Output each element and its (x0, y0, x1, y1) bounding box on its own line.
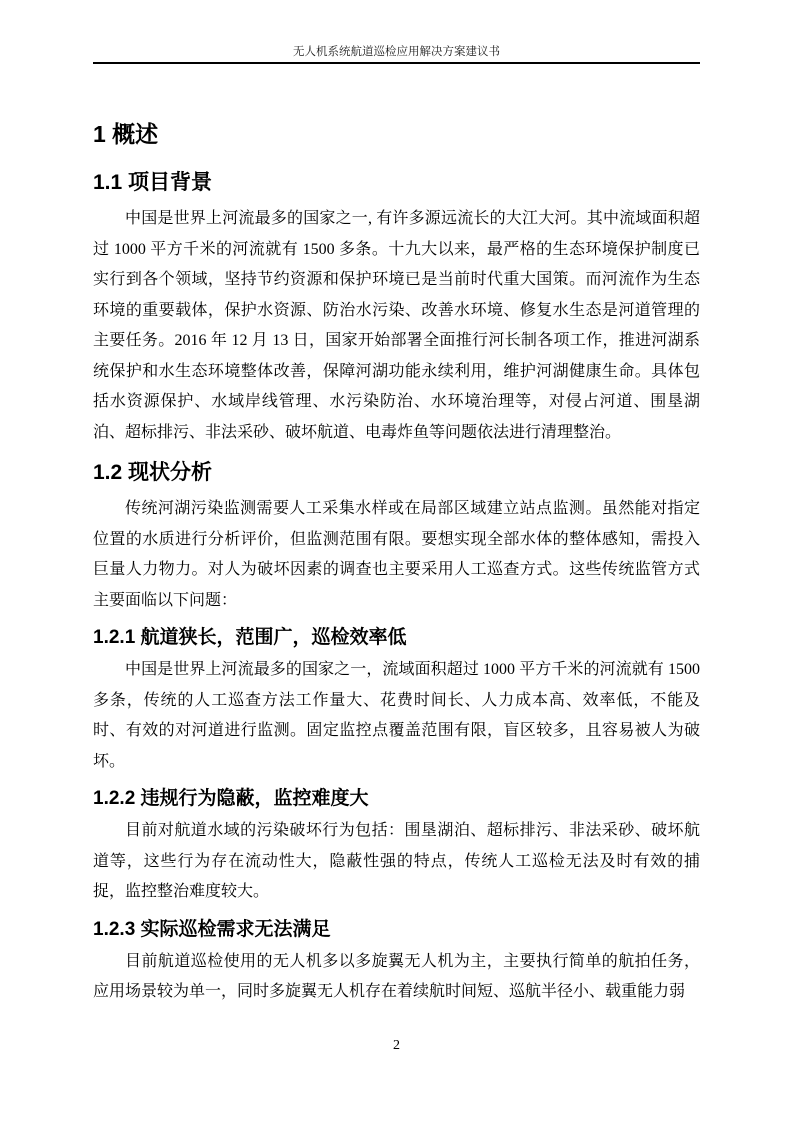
page-footer: 2 (0, 1038, 793, 1054)
paragraph-violations-hidden: 目前对航道水域的污染破坏行为包括：围垦湖泊、超标排污、非法采砂、破坏航道等，这些… (93, 816, 700, 908)
document-page: 无人机系统航道巡检应用解决方案建议书 1 概述 1.1 项目背景 中国是世界上河… (0, 0, 793, 1122)
header-title: 无人机系统航道巡检应用解决方案建议书 (93, 45, 700, 59)
heading-channel-long-low-efficiency: 1.2.1 航道狭长，范围广，巡检效率低 (93, 627, 700, 648)
paragraph-project-background: 中国是世界上河流最多的国家之一, 有许多源远流长的大江大河。其中流域面积超过 1… (93, 204, 700, 448)
heading-inspection-needs-unmet: 1.2.3 实际巡检需求无法满足 (93, 919, 700, 940)
page-header: 无人机系统航道巡检应用解决方案建议书 (93, 45, 700, 64)
heading-violations-hidden: 1.2.2 违规行为隐蔽，监控难度大 (93, 788, 700, 809)
heading-status-analysis: 1.2 现状分析 (93, 461, 700, 484)
page-number: 2 (393, 1038, 400, 1053)
paragraph-inspection-needs-unmet: 目前航道巡检使用的无人机多以多旋翼无人机为主，主要执行简单的航拍任务，应用场景较… (93, 947, 700, 1008)
heading-overview: 1 概述 (93, 122, 700, 146)
paragraph-channel-long-low-efficiency: 中国是世界上河流最多的国家之一，流域面积超过 1000 平方千米的河流就有 15… (93, 655, 700, 777)
heading-project-background: 1.1 项目背景 (93, 171, 700, 194)
paragraph-status-analysis: 传统河湖污染监测需要人工采集水样或在局部区域建立站点监测。虽然能对指定位置的水质… (93, 494, 700, 616)
